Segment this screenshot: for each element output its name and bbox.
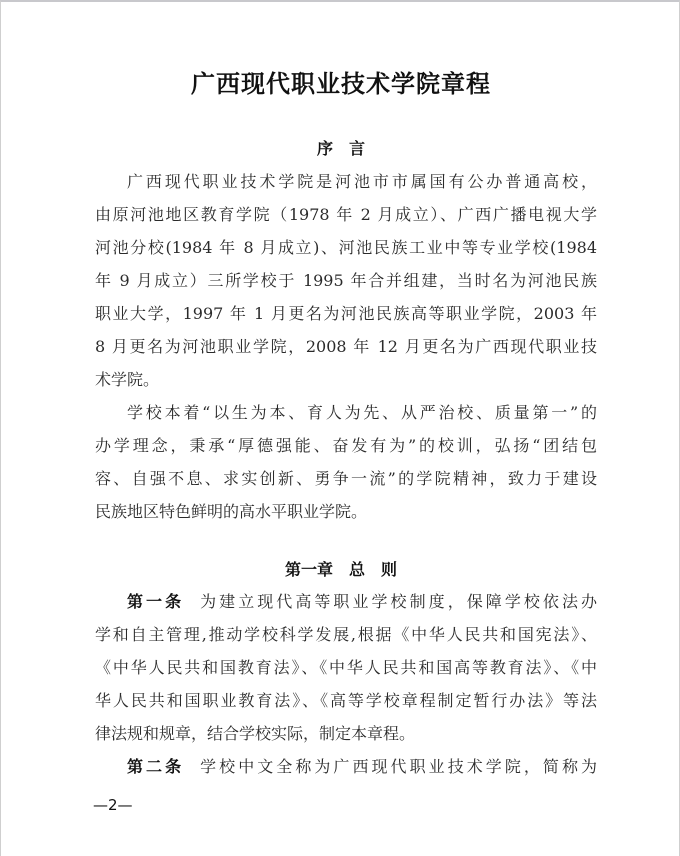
page-number: —2— [93,796,133,814]
preface-p1-line-1: 广西现代职业技术学院是河池市市属国有公办普通高校， [127,172,597,192]
document-page: 广西现代职业技术学院章程 序 言 广西现代职业技术学院是河池市市属国有公办普通高… [0,0,680,856]
preface-p2-line-2: 办学理念，秉承“厚德强能、奋发有为”的校训，弘扬“团结包 [95,436,597,456]
preface-p1-line-2: 由原河池地区教育学院（1978 年 2 月成立）、广西广播电视大学 [95,205,597,225]
preface-p1-line-3: 河池分校(1984 年 8 月成立)、河池民族工业中等专业学校(1984 [95,238,597,258]
preface-p1-line-7: 术学院。 [95,370,597,390]
document-title: 广西现代职业技术学院章程 [1,64,680,99]
article-1-label: 第一条 [127,592,184,611]
preface-p1-line-4: 年 9 月成立）三所学校于 1995 年合并组建，当时名为河池民族 [95,271,597,291]
article-1-line-4: 华人民共和国职业教育法》、《高等学校章程制定暂行办法》等法 [95,691,597,711]
article-2-text: 学校中文全称为广西现代职业技术学院，简称为 [200,757,597,776]
article-1-line-5: 律法规和规章，结合学校实际，制定本章程。 [95,724,597,744]
article-1-line-3: 《中华人民共和国教育法》、《中华人民共和国高等教育法》、《中 [95,658,597,678]
preface-p2-line-1: 学校本着“以生为本、育人为先、从严治校、质量第一”的 [127,403,597,423]
preface-p1-line-6: 8 月更名为河池职业学院，2008 年 12 月更名为广西现代职业技 [95,337,597,357]
article-1-line-2: 学和自主管理,推动学校科学发展,根据《中华人民共和国宪法》、 [95,625,597,645]
article-1-text: 为建立现代高等职业学校制度，保障学校依法办 [200,592,597,611]
preface-p2-line-3: 容、自强不息、求实创新、勇争一流”的学院精神，致力于建设 [95,469,597,489]
chapter-1-heading: 第一章 总 则 [1,557,680,580]
preface-p1-line-5: 职业大学，1997 年 1 月更名为河池民族高等职业学院，2003 年 [95,304,597,324]
preface-heading: 序 言 [1,136,680,159]
preface-p2-line-4: 民族地区特色鲜明的高水平职业学院。 [95,502,597,522]
article-2-line-1: 第二条学校中文全称为广西现代职业技术学院，简称为 [127,757,597,777]
article-1-line-1: 第一条为建立现代高等职业学校制度，保障学校依法办 [127,592,597,612]
article-2-label: 第二条 [127,757,184,776]
